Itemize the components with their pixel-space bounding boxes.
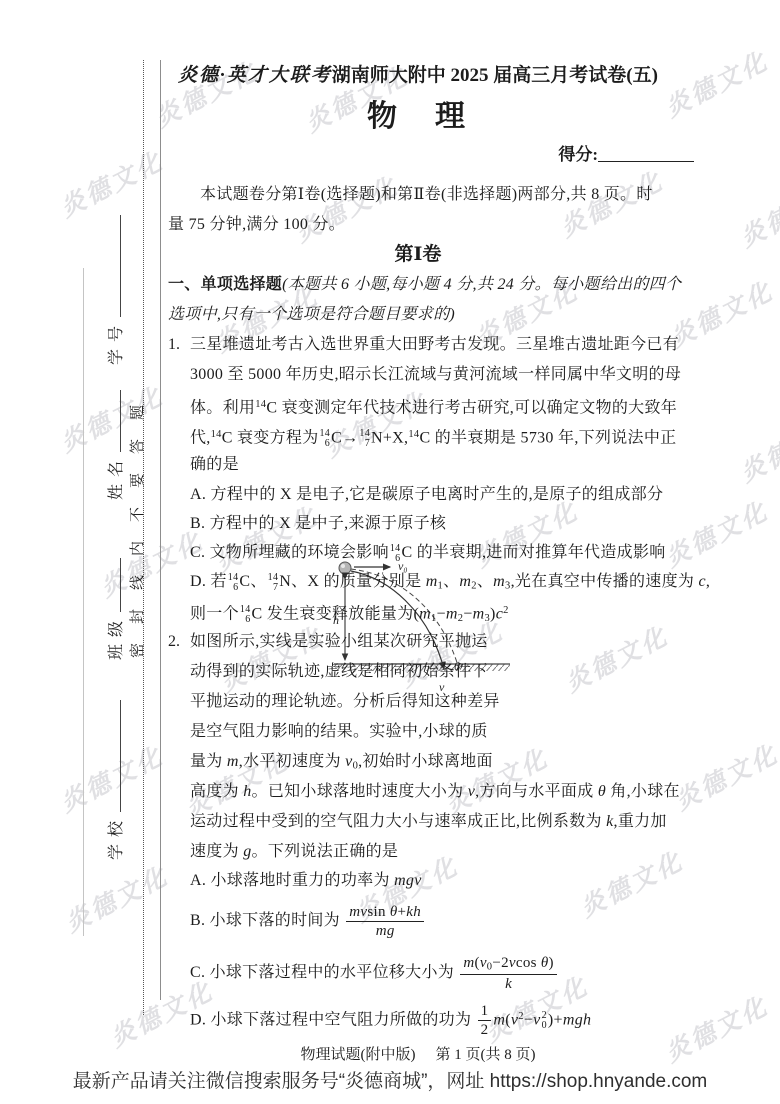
exam-header: 炎德·英才大联考湖南师大附中 2025 届高三月考试卷(五) [168, 60, 668, 92]
school-label: 学校 [103, 814, 126, 860]
question-1-option-d: D. 若146C、147N、X 的质量分别是 m1、m2、m3,光在真空中传播的… [190, 567, 668, 596]
student-id-label: 学号 [103, 319, 126, 365]
question-2: 2. 如图所示,实线是实验小组某次研究平抛运 动得到的实际轨迹,虚线是相同初始条… [168, 627, 668, 1035]
intro-paragraph: 本试题卷分第Ⅰ卷(选择题)和第Ⅱ卷(非选择题)两部分,共 8 页。时 量 75 … [168, 180, 668, 240]
watermark-text: 炎德文化 [668, 735, 780, 818]
question-1-option-b: B. 方程中的 X 是中子,来源于原子核 [190, 509, 668, 538]
exam-page: 炎德文化炎德文化炎德文化炎德文化炎德文化炎德文化炎德文化炎德文化炎德文化炎德文化… [0, 0, 780, 1104]
score-label: 得分: [558, 145, 598, 164]
student-id-blank-line [105, 215, 121, 317]
footer-doc-title: 物理试题(附中版) [301, 1047, 416, 1063]
question-2-line: 高度为 h。已知小球落地时速度大小为 v,方向与水平面成 θ 角,小球在 [190, 777, 668, 807]
intro-line: 本试题卷分第Ⅰ卷(选择题)和第Ⅱ卷(非选择题)两部分,共 8 页。时 [168, 180, 668, 210]
subject-title: 物 理 [168, 92, 668, 142]
question-2-option-d: D. 小球下落过程中空气阻力所做的功为 12m(v2−v20)+mgh [190, 999, 668, 1035]
student-id-field: 学号 [103, 215, 127, 365]
instruction-text: (本题共 6 小题,每小题 4 分,共 24 分。每小题给出的四个 [282, 276, 681, 293]
score-row: 得分: [168, 142, 694, 168]
watermark-text: 炎德文化 [53, 142, 169, 225]
question-1-line: 代,14C 衰变方程为146C→147N+X,14C 的半衰期是 5730 年,… [190, 420, 668, 450]
question-2-line: 动得到的实际轨迹,虚线是相同初始条件下 [190, 657, 668, 687]
section1-title: 第Ⅰ卷 [168, 240, 668, 270]
exam-title-rest: 湖南师大附中 2025 届高三月考试卷(五) [332, 65, 658, 86]
question-1-option-d-cont: 则一个146C 发生衰变释放能量为(m1−m2−m3)c2 [190, 596, 668, 625]
question-2-option-a: A. 小球落地时重力的功率为 mgv [190, 867, 668, 895]
watermark-text: 炎德文化 [733, 172, 780, 255]
name-label: 姓名 [103, 454, 126, 500]
section1-instruction: 一、单项选择题(本题共 6 小题,每小题 4 分,共 24 分。每小题给出的四个… [168, 270, 668, 330]
school-blank-line [105, 700, 121, 812]
question-2-option-b: B. 小球下落的时间为 mvsin θ+khmg [190, 895, 668, 947]
question-2-line: 如图所示,实线是实验小组某次研究平抛运 [190, 627, 668, 657]
class-field: 班级 [103, 558, 127, 660]
class-label: 班级 [103, 614, 126, 660]
school-field: 学校 [103, 700, 127, 860]
question-2-line: 运动过程中受到的空气阻力大小与速率成正比,比例系数为 k,重力加 [190, 807, 668, 837]
question-2-line: 是空气阻力影响的结果。实验中,小球的质 [190, 717, 668, 747]
intro-line: 量 75 分钟,满分 100 分。 [168, 210, 668, 240]
footer-page-number: 第 1 页(共 8 页) [436, 1047, 536, 1063]
instruction-heading: 一、单项选择题 [168, 276, 282, 293]
exam-series: 炎德·英才大联考 [178, 65, 332, 86]
instruction-line: 选项中,只有一个选项是符合题目要求的) [168, 300, 668, 330]
question-1: 1. 三星堆遗址考古入选世界重大田野考古发现。三星堆古遗址距今已有 3000 至… [168, 330, 668, 625]
name-field: 姓名 [103, 390, 127, 500]
question-2-line: 速度为 g。下列说法正确的是 [190, 837, 668, 867]
question-2-number: 2. [168, 627, 180, 657]
class-blank-line [105, 558, 121, 612]
instruction-line: 一、单项选择题(本题共 6 小题,每小题 4 分,共 24 分。每小题给出的四个 [168, 270, 668, 300]
page-edge-line [83, 268, 84, 936]
name-blank-line [105, 390, 121, 452]
question-2-line: 平抛运动的理论轨迹。分析后得知这种差异 [190, 687, 668, 717]
page-footer: 物理试题(附中版)第 1 页(共 8 页) [168, 1043, 668, 1067]
seal-line-text: 密封线内不要答题 [126, 373, 147, 658]
watermark-text: 炎德文化 [658, 42, 774, 125]
watermark-text: 炎德文化 [658, 492, 774, 575]
question-1-option-a: A. 方程中的 X 是电子,它是碳原子电离时产生的,是原子的组成部分 [190, 480, 668, 509]
promo-banner: 最新产品请关注微信搜索服务号“炎德商城”，网址 https://shop.hny… [0, 1066, 780, 1093]
watermark-text: 炎德文化 [733, 407, 780, 490]
content-border-line [160, 60, 161, 1000]
question-1-line: 三星堆遗址考古入选世界重大田野考古发现。三星堆古遗址距今已有 [190, 330, 668, 360]
question-1-number: 1. [168, 330, 180, 360]
question-1-line: 3000 至 5000 年历史,昭示长江流域与黄河流域一样同属中华文明的母 [190, 360, 668, 390]
exam-content: 炎德·英才大联考湖南师大附中 2025 届高三月考试卷(五) 物 理 得分: 本… [168, 60, 668, 1067]
question-2-line: 量为 m,水平初速度为 v0,初始时小球离地面 [190, 747, 668, 777]
question-1-line: 体。利用14C 衰变测定年代技术进行考古研究,可以确定文物的大致年 [190, 390, 668, 420]
question-2-option-c: C. 小球下落过程中的水平位移大小为 m(v0−2vcos θ)k [190, 947, 668, 999]
watermark-text: 炎德文化 [658, 987, 774, 1070]
question-1-option-c: C. 文物所埋藏的环境会影响146C 的半衰期,进而对推算年代造成影响 [190, 538, 668, 567]
watermark-text: 炎德文化 [58, 857, 174, 940]
score-blank-line [598, 143, 694, 162]
question-1-line: 确的是 [190, 450, 668, 480]
